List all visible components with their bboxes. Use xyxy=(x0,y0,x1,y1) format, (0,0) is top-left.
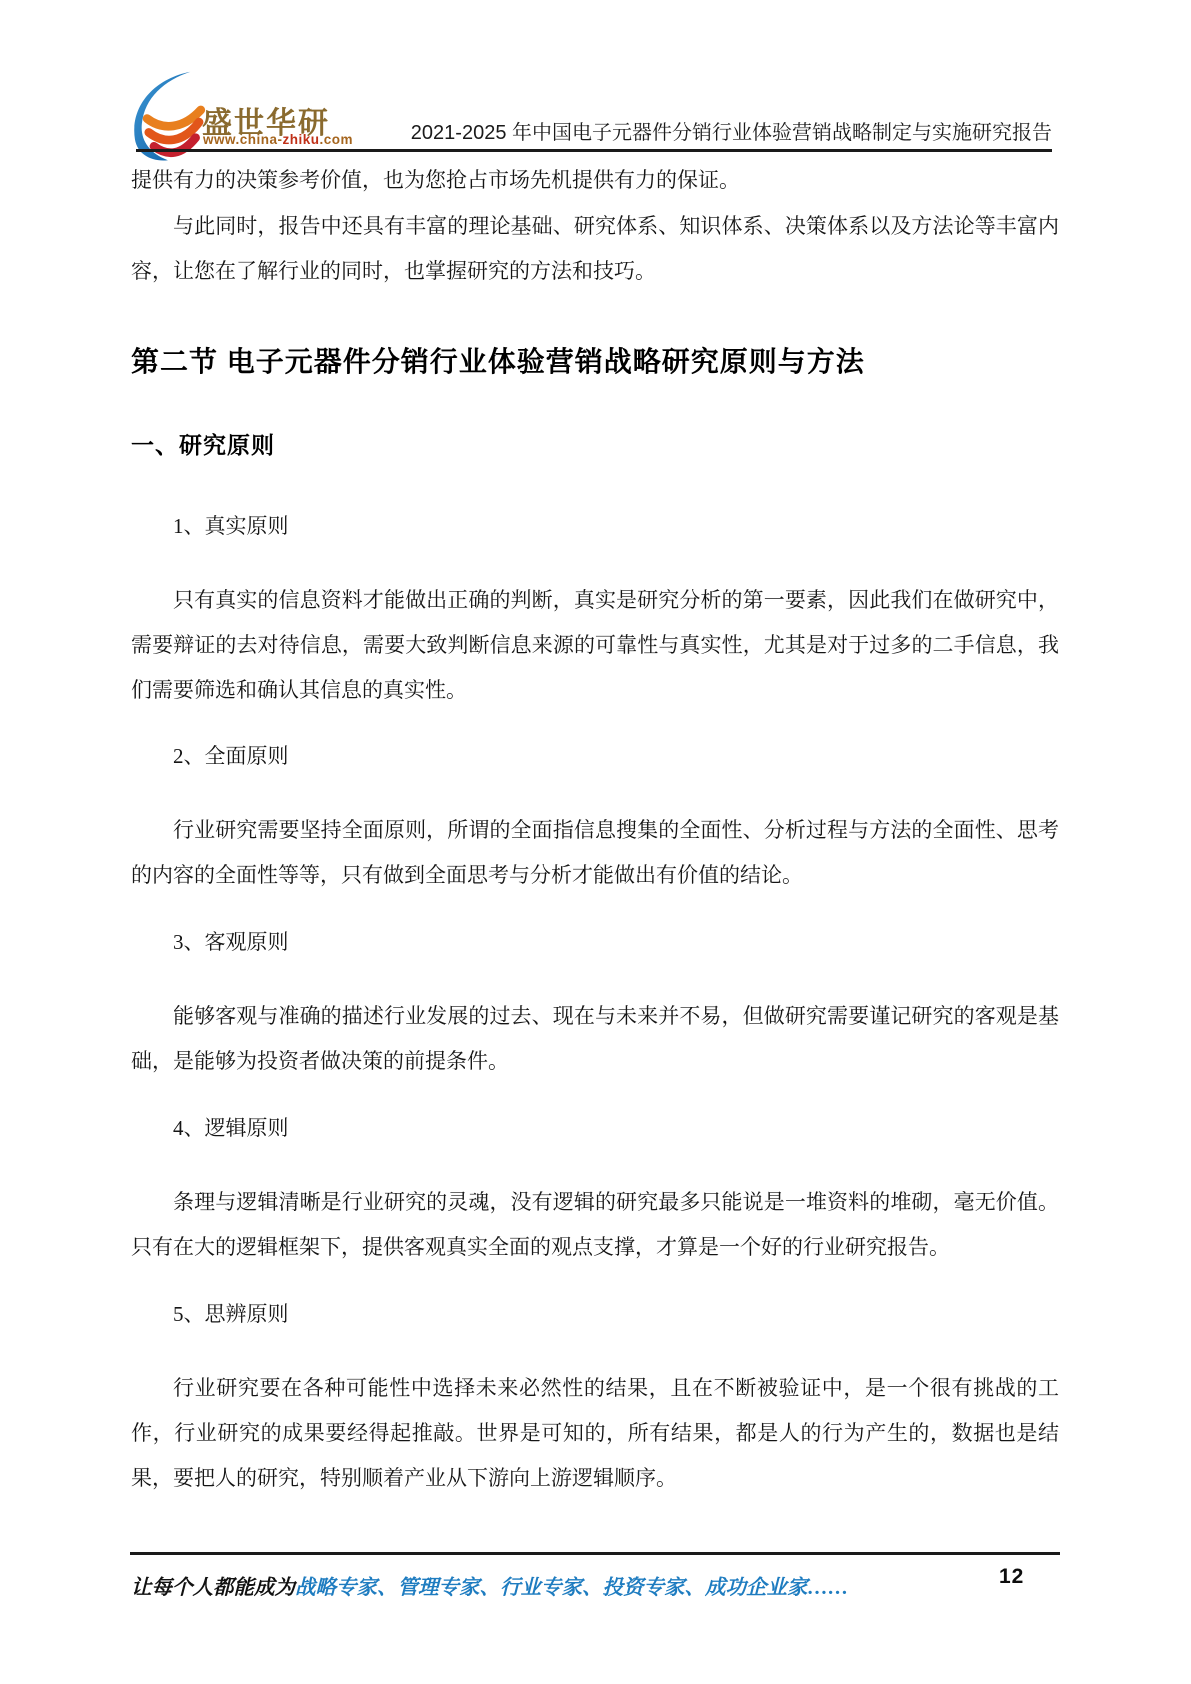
page-number: 12 xyxy=(999,1565,1039,1589)
report-page: { "header": { "logo": { "name": "盛世华研", … xyxy=(0,0,1191,1684)
intro-paragraph: 与此同时，报告中还具有丰富的理论基础、研究体系、知识体系、决策体系以及方法论等丰… xyxy=(131,204,1059,294)
footer-slogan-prefix: 让每个人都能成为 xyxy=(131,1577,295,1599)
principle-label: 5、思辨原则 xyxy=(131,1298,1059,1328)
principle-label: 2、全面原则 xyxy=(131,740,1059,770)
principle-body: 能够客观与准确的描述行业发展的过去、现在与未来并不易，但做研究需要谨记研究的客观… xyxy=(131,994,1059,1084)
principle-label: 1、真实原则 xyxy=(131,510,1059,540)
principle-body: 行业研究要在各种可能性中选择未来必然性的结果，且在不断被验证中，是一个很有挑战的… xyxy=(131,1366,1059,1501)
principle-body: 条理与逻辑清晰是行业研究的灵魂，没有逻辑的研究最多只能说是一堆资料的堆砌，毫无价… xyxy=(131,1180,1059,1270)
subsection-title: 一、研究原则 xyxy=(131,427,1059,460)
footer-slogan: 让每个人都能成为战略专家、管理专家、行业专家、投资专家、成功企业家…… xyxy=(131,1570,991,1600)
header-divider xyxy=(136,149,1052,152)
principle-label: 4、逻辑原则 xyxy=(131,1112,1059,1142)
logo-website-url: www.china-zhiku.com xyxy=(203,132,353,147)
footer-slogan-highlight: 战略专家、管理专家、行业专家、投资专家、成功企业家…… xyxy=(295,1577,849,1599)
report-header-title: 2021-2025 年中国电子元器件分销行业体验营销战略制定与实施研究报告 xyxy=(411,116,1052,145)
principle-body: 只有真实的信息资料才能做出正确的判断，真实是研究分析的第一要素，因此我们在做研究… xyxy=(131,578,1059,713)
footer-divider xyxy=(130,1552,1060,1555)
section-title: 第二节 电子元器件分销行业体验营销战略研究原则与方法 xyxy=(131,340,1059,380)
principle-label: 3、客观原则 xyxy=(131,926,1059,956)
principle-body: 行业研究需要坚持全面原则，所谓的全面指信息搜集的全面性、分析过程与方法的全面性、… xyxy=(131,808,1059,898)
intro-paragraph: 提供有力的决策参考价值，也为您抢占市场先机提供有力的保证。 xyxy=(131,158,1059,203)
